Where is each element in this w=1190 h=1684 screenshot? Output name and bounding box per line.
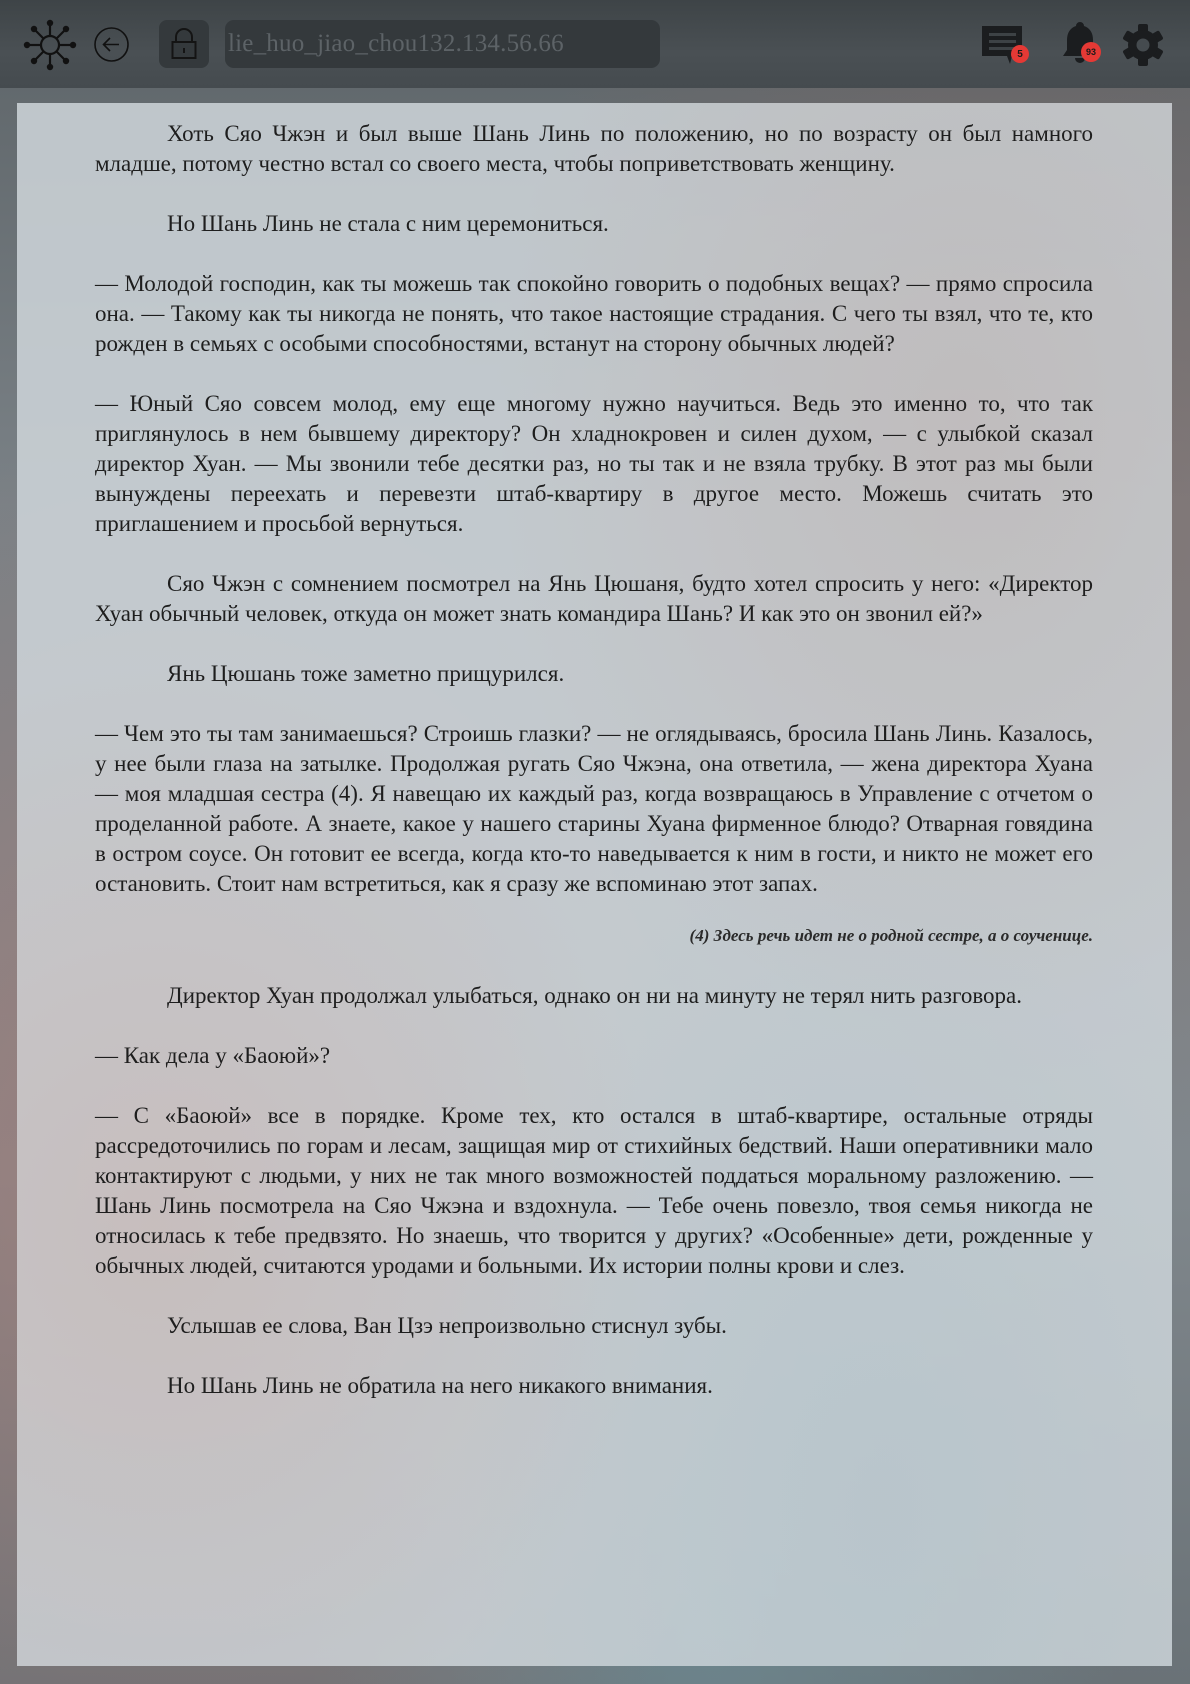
reader-panel[interactable]: Хоть Сяо Чжэн и был выше Шань Линь по по… bbox=[17, 103, 1172, 1666]
address-field[interactable]: lie_huo_jiao_chou132.134.56.66 bbox=[225, 20, 660, 68]
gear-icon bbox=[1120, 22, 1166, 68]
lock-button[interactable] bbox=[159, 20, 209, 68]
paragraph: — Как дела у «Баоюй»? bbox=[95, 1041, 1093, 1071]
settings-button[interactable] bbox=[1120, 22, 1166, 68]
paragraph: Сяо Чжэн с сомнением посмотрел на Янь Цю… bbox=[95, 569, 1093, 629]
chapter-text: Хоть Сяо Чжэн и был выше Шань Линь по по… bbox=[95, 119, 1093, 1431]
network-hub-icon[interactable] bbox=[22, 18, 78, 72]
address-text: lie_huo_jiao_chou132.134.56.66 bbox=[228, 30, 564, 58]
footnote: (4) Здесь речь идет не о родной сестре, … bbox=[95, 925, 1093, 947]
back-arrow-circle-icon bbox=[93, 26, 130, 63]
messages-badge: 5 bbox=[1011, 45, 1029, 63]
messages-button[interactable]: 5 bbox=[980, 24, 1030, 66]
paragraph: Янь Цюшань тоже заметно прищурился. bbox=[95, 659, 1093, 689]
back-button[interactable] bbox=[93, 26, 130, 63]
paragraph: Директор Хуан продолжал улыбаться, однак… bbox=[95, 981, 1093, 1011]
paragraph: — Чем это ты там занимаешься? Строишь гл… bbox=[95, 719, 1093, 899]
paragraph: Но Шань Линь не обратила на него никаког… bbox=[95, 1371, 1093, 1401]
paragraph: Хоть Сяо Чжэн и был выше Шань Линь по по… bbox=[95, 119, 1093, 179]
notifications-badge: 93 bbox=[1081, 42, 1101, 62]
top-bar: lie_huo_jiao_chou132.134.56.66 5 93 bbox=[0, 0, 1190, 88]
notifications-button[interactable]: 93 bbox=[1057, 20, 1103, 66]
paragraph: Но Шань Линь не стала с ним церемониться… bbox=[95, 209, 1093, 239]
lock-icon bbox=[169, 27, 199, 61]
paragraph: — Юный Сяо совсем молод, ему еще многому… bbox=[95, 389, 1093, 539]
paragraph: — Молодой господин, как ты можешь так сп… bbox=[95, 269, 1093, 359]
paragraph: Услышав ее слова, Ван Цзэ непроизвольно … bbox=[95, 1311, 1093, 1341]
paragraph: — С «Баоюй» все в порядке. Кроме тех, кт… bbox=[95, 1101, 1093, 1281]
